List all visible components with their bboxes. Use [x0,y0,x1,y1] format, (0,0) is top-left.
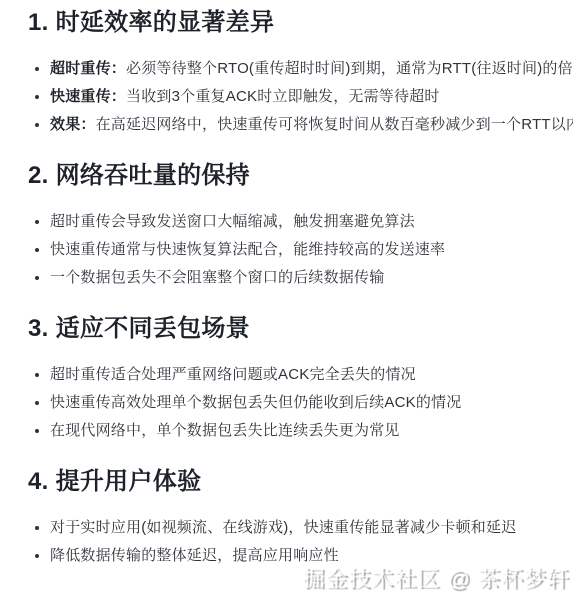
list-item: 在现代网络中，单个数据包丢失比连续丢失更为常见 [50,422,569,439]
bullet-text: 当收到3个重复ACK时立即触发，无需等待超时 [126,88,440,105]
section-throughput: 2. 网络吞吐量的保持 超时重传会导致发送窗口大幅缩减，触发拥塞避免算法 快速重… [28,161,569,286]
section-loss-scenarios: 3. 适应不同丢包场景 超时重传适合处理严重网络问题或ACK完全丢失的情况 快速… [28,314,569,439]
bullet-list: 超时重传适合处理严重网络问题或ACK完全丢失的情况 快速重传高效处理单个数据包丢… [28,366,569,439]
bullet-term: 快速重传： [50,88,126,105]
list-item: 降低数据传输的整体延迟，提高应用响应性 [50,547,569,564]
list-item: 快速重传高效处理单个数据包丢失但仍能收到后续ACK的情况 [50,394,569,411]
bullet-term: 效果： [50,116,96,133]
section-title: 3. 适应不同丢包场景 [28,314,569,344]
list-item: 快速重传：当收到3个重复ACK时立即触发，无需等待超时 [50,88,569,105]
bullet-list: 超时重传会导致发送窗口大幅缩减，触发拥塞避免算法 快速重传通常与快速恢复算法配合… [28,213,569,286]
bullet-term: 超时重传： [50,60,126,77]
list-item: 超时重传会导致发送窗口大幅缩减，触发拥塞避免算法 [50,213,569,230]
bullet-text: 快速重传高效处理单个数据包丢失但仍能收到后续ACK的情况 [50,394,461,411]
document: 1. 时延效率的显著差异 超时重传：必须等待整个RTO(重传超时时间)到期，通常… [0,0,573,564]
bullet-text: 在高延迟网络中，快速重传可将恢复时间从数百毫秒减少到一个RTT以内 [96,116,573,133]
bullet-list: 对于实时应用(如视频流、在线游戏)，快速重传能显著减少卡顿和延迟 降低数据传输的… [28,519,569,564]
section-title: 1. 时延效率的显著差异 [28,8,569,38]
bullet-text: 超时重传适合处理严重网络问题或ACK完全丢失的情况 [50,366,416,383]
section-title: 4. 提升用户体验 [28,467,569,497]
bullet-text: 超时重传会导致发送窗口大幅缩减，触发拥塞避免算法 [50,213,415,230]
list-item: 一个数据包丢失不会阻塞整个窗口的后续数据传输 [50,269,569,286]
bullet-text: 必须等待整个RTO(重传超时时间)到期，通常为RTT(往返时间)的倍数 [126,60,573,77]
section-title: 2. 网络吞吐量的保持 [28,161,569,191]
bullet-text: 快速重传通常与快速恢复算法配合，能维持较高的发送速率 [50,241,445,258]
list-item: 快速重传通常与快速恢复算法配合，能维持较高的发送速率 [50,241,569,258]
section-user-experience: 4. 提升用户体验 对于实时应用(如视频流、在线游戏)，快速重传能显著减少卡顿和… [28,467,569,564]
bullet-text: 一个数据包丢失不会阻塞整个窗口的后续数据传输 [50,269,384,286]
list-item: 超时重传：必须等待整个RTO(重传超时时间)到期，通常为RTT(往返时间)的倍数 [50,60,569,77]
bullet-text: 在现代网络中，单个数据包丢失比连续丢失更为常见 [50,422,400,439]
bullet-text: 降低数据传输的整体延迟，提高应用响应性 [50,547,339,564]
bullet-list: 超时重传：必须等待整个RTO(重传超时时间)到期，通常为RTT(往返时间)的倍数… [28,60,569,133]
list-item: 效果：在高延迟网络中，快速重传可将恢复时间从数百毫秒减少到一个RTT以内 [50,116,569,133]
section-latency: 1. 时延效率的显著差异 超时重传：必须等待整个RTO(重传超时时间)到期，通常… [28,8,569,133]
list-item: 超时重传适合处理严重网络问题或ACK完全丢失的情况 [50,366,569,383]
list-item: 对于实时应用(如视频流、在线游戏)，快速重传能显著减少卡顿和延迟 [50,519,569,536]
watermark: 掘金技术社区 @ 茶杯梦轩 [302,566,570,592]
bullet-text: 对于实时应用(如视频流、在线游戏)，快速重传能显著减少卡顿和延迟 [50,519,516,536]
